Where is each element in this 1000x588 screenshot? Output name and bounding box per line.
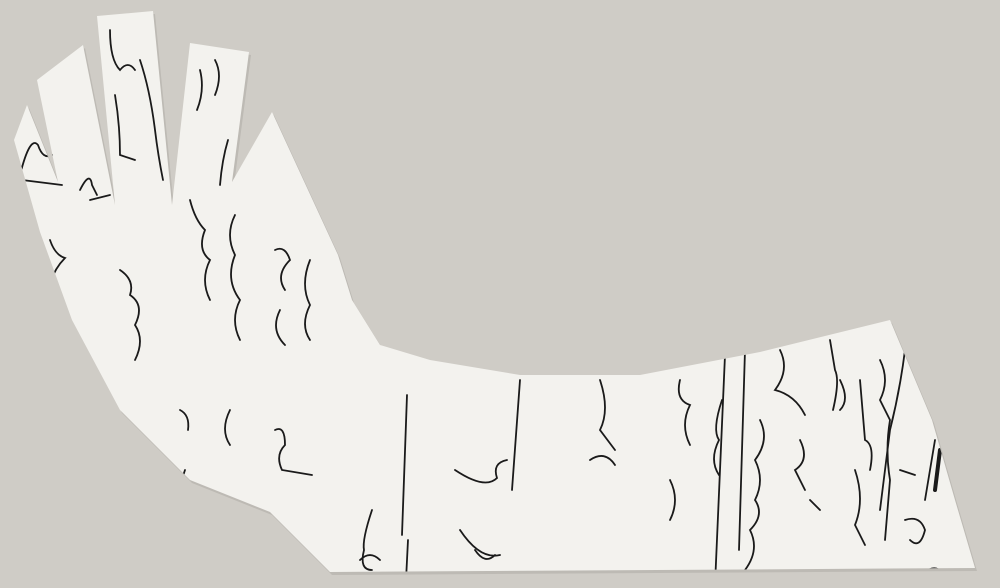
collage-image: Paper cutout collage shaped like an arm … xyxy=(0,0,1000,588)
cutout-canvas xyxy=(0,0,1000,588)
paper-cutout xyxy=(14,11,975,572)
